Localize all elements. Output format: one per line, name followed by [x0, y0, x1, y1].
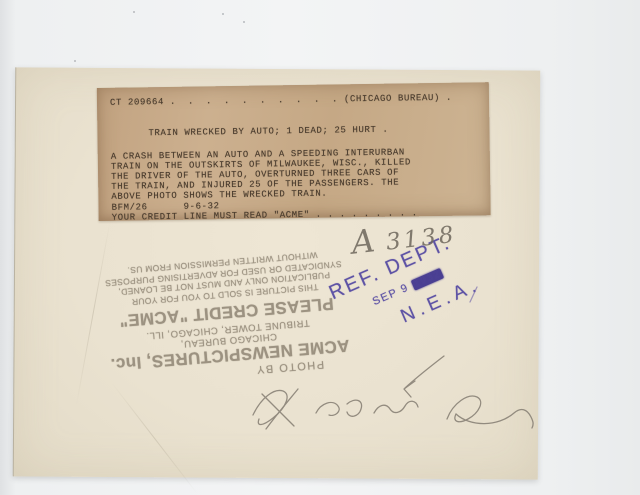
photo-verso: CT 209664 . . . . . . . . . . (CHICAGO B… — [13, 67, 540, 479]
handwritten-digits: 3138 — [385, 222, 458, 256]
scan-background: { "scene": { "description": "verso of a … — [0, 0, 640, 495]
handwritten-letter: A — [349, 221, 377, 262]
caption-title: TRAIN WRECKED BY AUTO; 1 DEAD; 25 HURT . — [148, 123, 476, 138]
caption-header: CT 209664 . . . . . . . . . . (CHICAGO B… — [110, 92, 476, 107]
dust-speck — [133, 11, 135, 13]
dust-speck — [222, 13, 224, 15]
dust-speck — [74, 60, 76, 62]
caption-label: CT 209664 . . . . . . . . . . (CHICAGO B… — [97, 82, 491, 221]
ref-dept-date-year-smudge: 1932 — [411, 268, 445, 291]
dust-speck — [243, 21, 245, 23]
